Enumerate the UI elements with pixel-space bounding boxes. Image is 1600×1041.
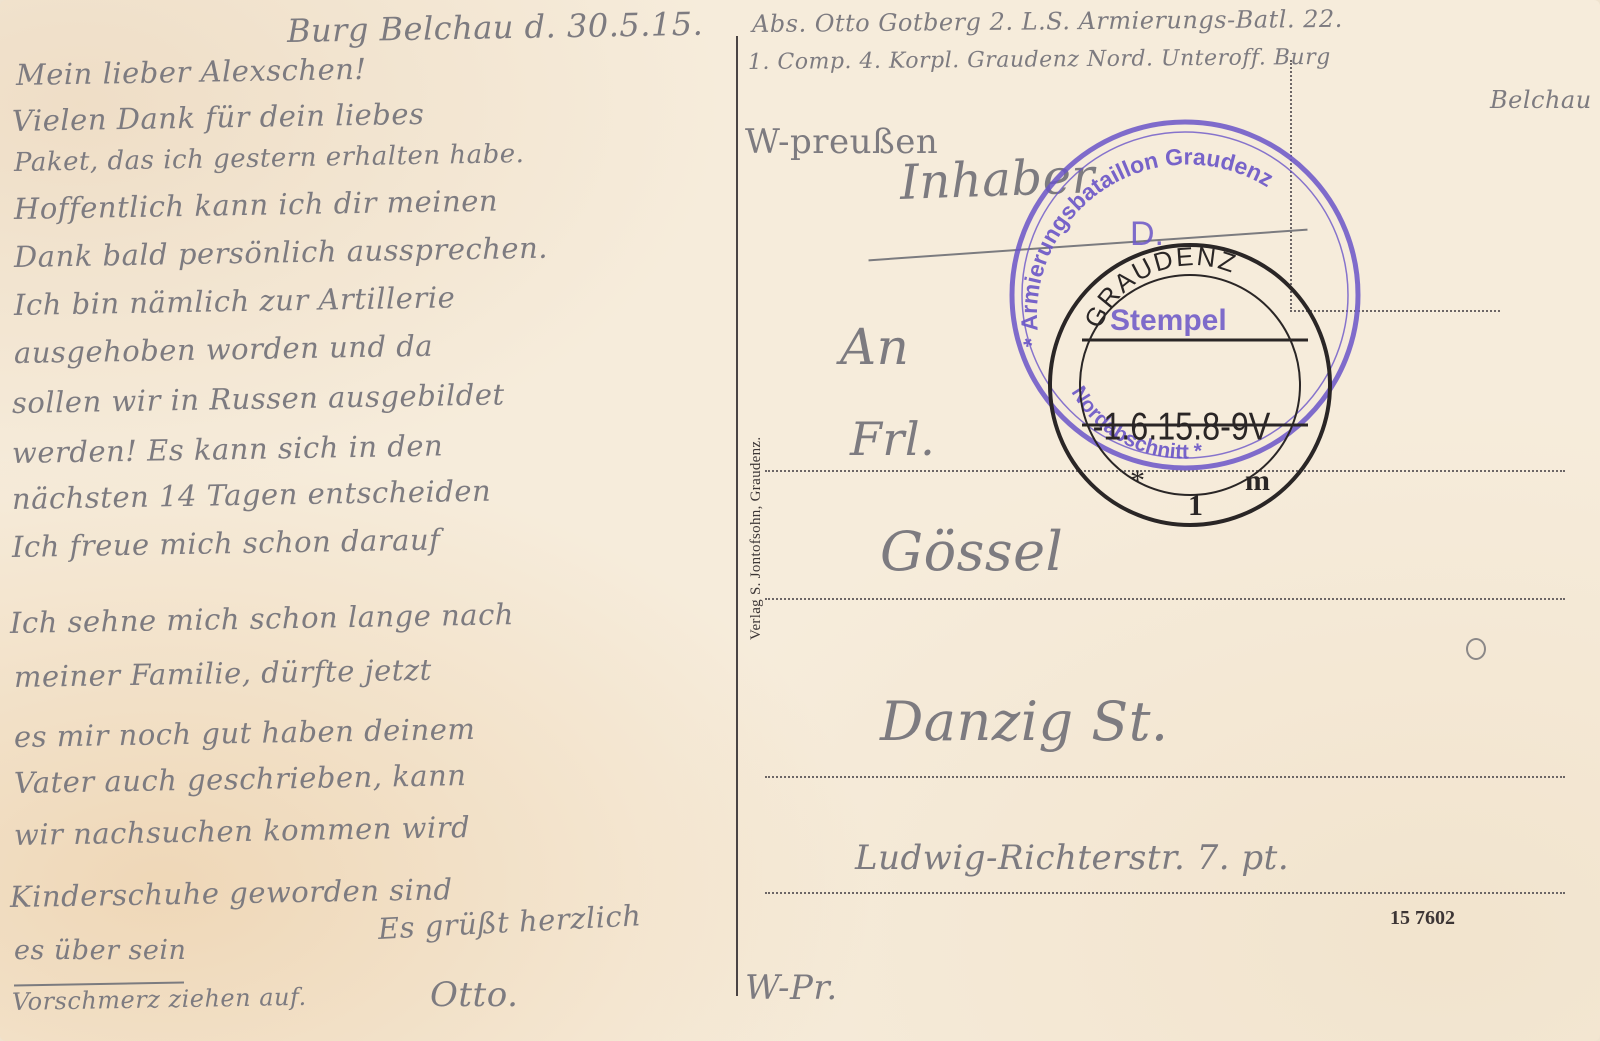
- address-line: Danzig St.: [880, 690, 1169, 753]
- letter-line: Paket, das ich gestern erhalten habe.: [14, 139, 525, 178]
- letter-line: Vater auch geschrieben, kann: [14, 758, 467, 800]
- address-rule: [765, 598, 1565, 600]
- black-cancel-postmark: GRAUDENZ -1.6.15.8-9V * 1 m: [1050, 241, 1330, 525]
- letter-line: ausgehoben worden und da: [14, 329, 434, 370]
- svg-text:m: m: [1245, 464, 1270, 497]
- address-line: Frl.: [850, 412, 935, 466]
- place-date: Burg Belchau d. 30.5.15.: [287, 5, 704, 50]
- letter-line: werden! Es kann sich in den: [12, 428, 444, 470]
- address-line: Ludwig-Richterstr. 7. pt.: [855, 838, 1289, 878]
- letter-line: Ich sehne mich schon lange nach: [10, 597, 515, 640]
- address-line: An: [840, 318, 909, 376]
- letter-line: Vorschmerz ziehen auf.: [12, 983, 307, 1016]
- sender-line-2: 1. Comp. 4. Korpl. Graudenz Nord. Untero…: [748, 45, 1331, 75]
- letter-line: Mein lieber Alexschen!: [16, 52, 367, 92]
- letter-line: sollen wir in Russen ausgebildet: [12, 377, 505, 420]
- letter-line: wir nachsuchen kommen wird: [14, 810, 471, 852]
- svg-text:1: 1: [1188, 489, 1203, 522]
- svg-text:Stempel: Stempel: [1110, 304, 1227, 337]
- letter-line: Hoffentlich kann ich dir meinen: [14, 184, 499, 226]
- svg-text:*: *: [1130, 464, 1145, 497]
- sender-line-1: Abs. Otto Gotberg 2. L.S. Armierungs-Bat…: [752, 5, 1343, 38]
- letter-line: es mir noch gut haben deinem: [14, 712, 476, 754]
- margin-note: W-Pr.: [745, 968, 838, 1008]
- letter-line: nächsten 14 Tagen entscheiden: [12, 474, 492, 516]
- card-number: 15 7602: [1390, 907, 1455, 930]
- signature: Otto.: [430, 975, 518, 1015]
- svg-text:-1.6.15.8-9V: -1.6.15.8-9V: [1093, 404, 1271, 448]
- postmark-stamps: * Armierungsbataillon Graudenz Nordabsch…: [990, 115, 1380, 545]
- center-divider: [736, 36, 738, 996]
- letter-line: Ich freue mich schon darauf: [12, 523, 441, 564]
- publisher-imprint: Verlag S. Jontofsohn, Graudenz.: [748, 437, 765, 640]
- letter-line: meiner Familie, dürfte jetzt: [14, 653, 432, 694]
- letter-line: Kinderschuhe geworden sind: [10, 872, 453, 914]
- address-rule: [765, 892, 1565, 894]
- postcard-back: Burg Belchau d. 30.5.15. Mein lieber Ale…: [0, 0, 1600, 1041]
- sender-line-3: Belchau: [1490, 86, 1592, 114]
- letter-line: es über sein: [14, 935, 186, 966]
- address-rule: [765, 776, 1565, 778]
- letter-line: Vielen Dank für dein liebes: [12, 97, 425, 138]
- letter-line: Dank bald persönlich aussprechen.: [14, 231, 549, 274]
- letter-line: Ich bin nämlich zur Artillerie: [14, 280, 456, 322]
- pencil-circle-mark: [1466, 638, 1486, 660]
